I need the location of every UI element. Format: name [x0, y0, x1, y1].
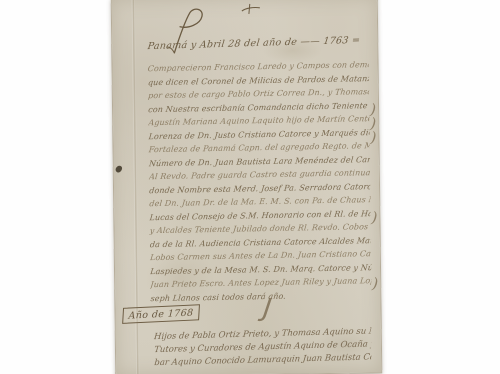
- pen-swash-icon: ): [372, 274, 379, 292]
- manuscript-page: Panamá y Abril 28 del año de —— 1763 = C…: [111, 0, 383, 374]
- year-box: Año de 1768: [122, 304, 200, 324]
- ink-blot: [115, 165, 123, 174]
- pen-swash-icon: ): [371, 208, 378, 226]
- pen-swash-icon: ): [370, 128, 377, 146]
- top-cross-mark-icon: [240, 0, 262, 12]
- photo-background: Panamá y Abril 28 del año de —— 1763 = C…: [0, 0, 500, 374]
